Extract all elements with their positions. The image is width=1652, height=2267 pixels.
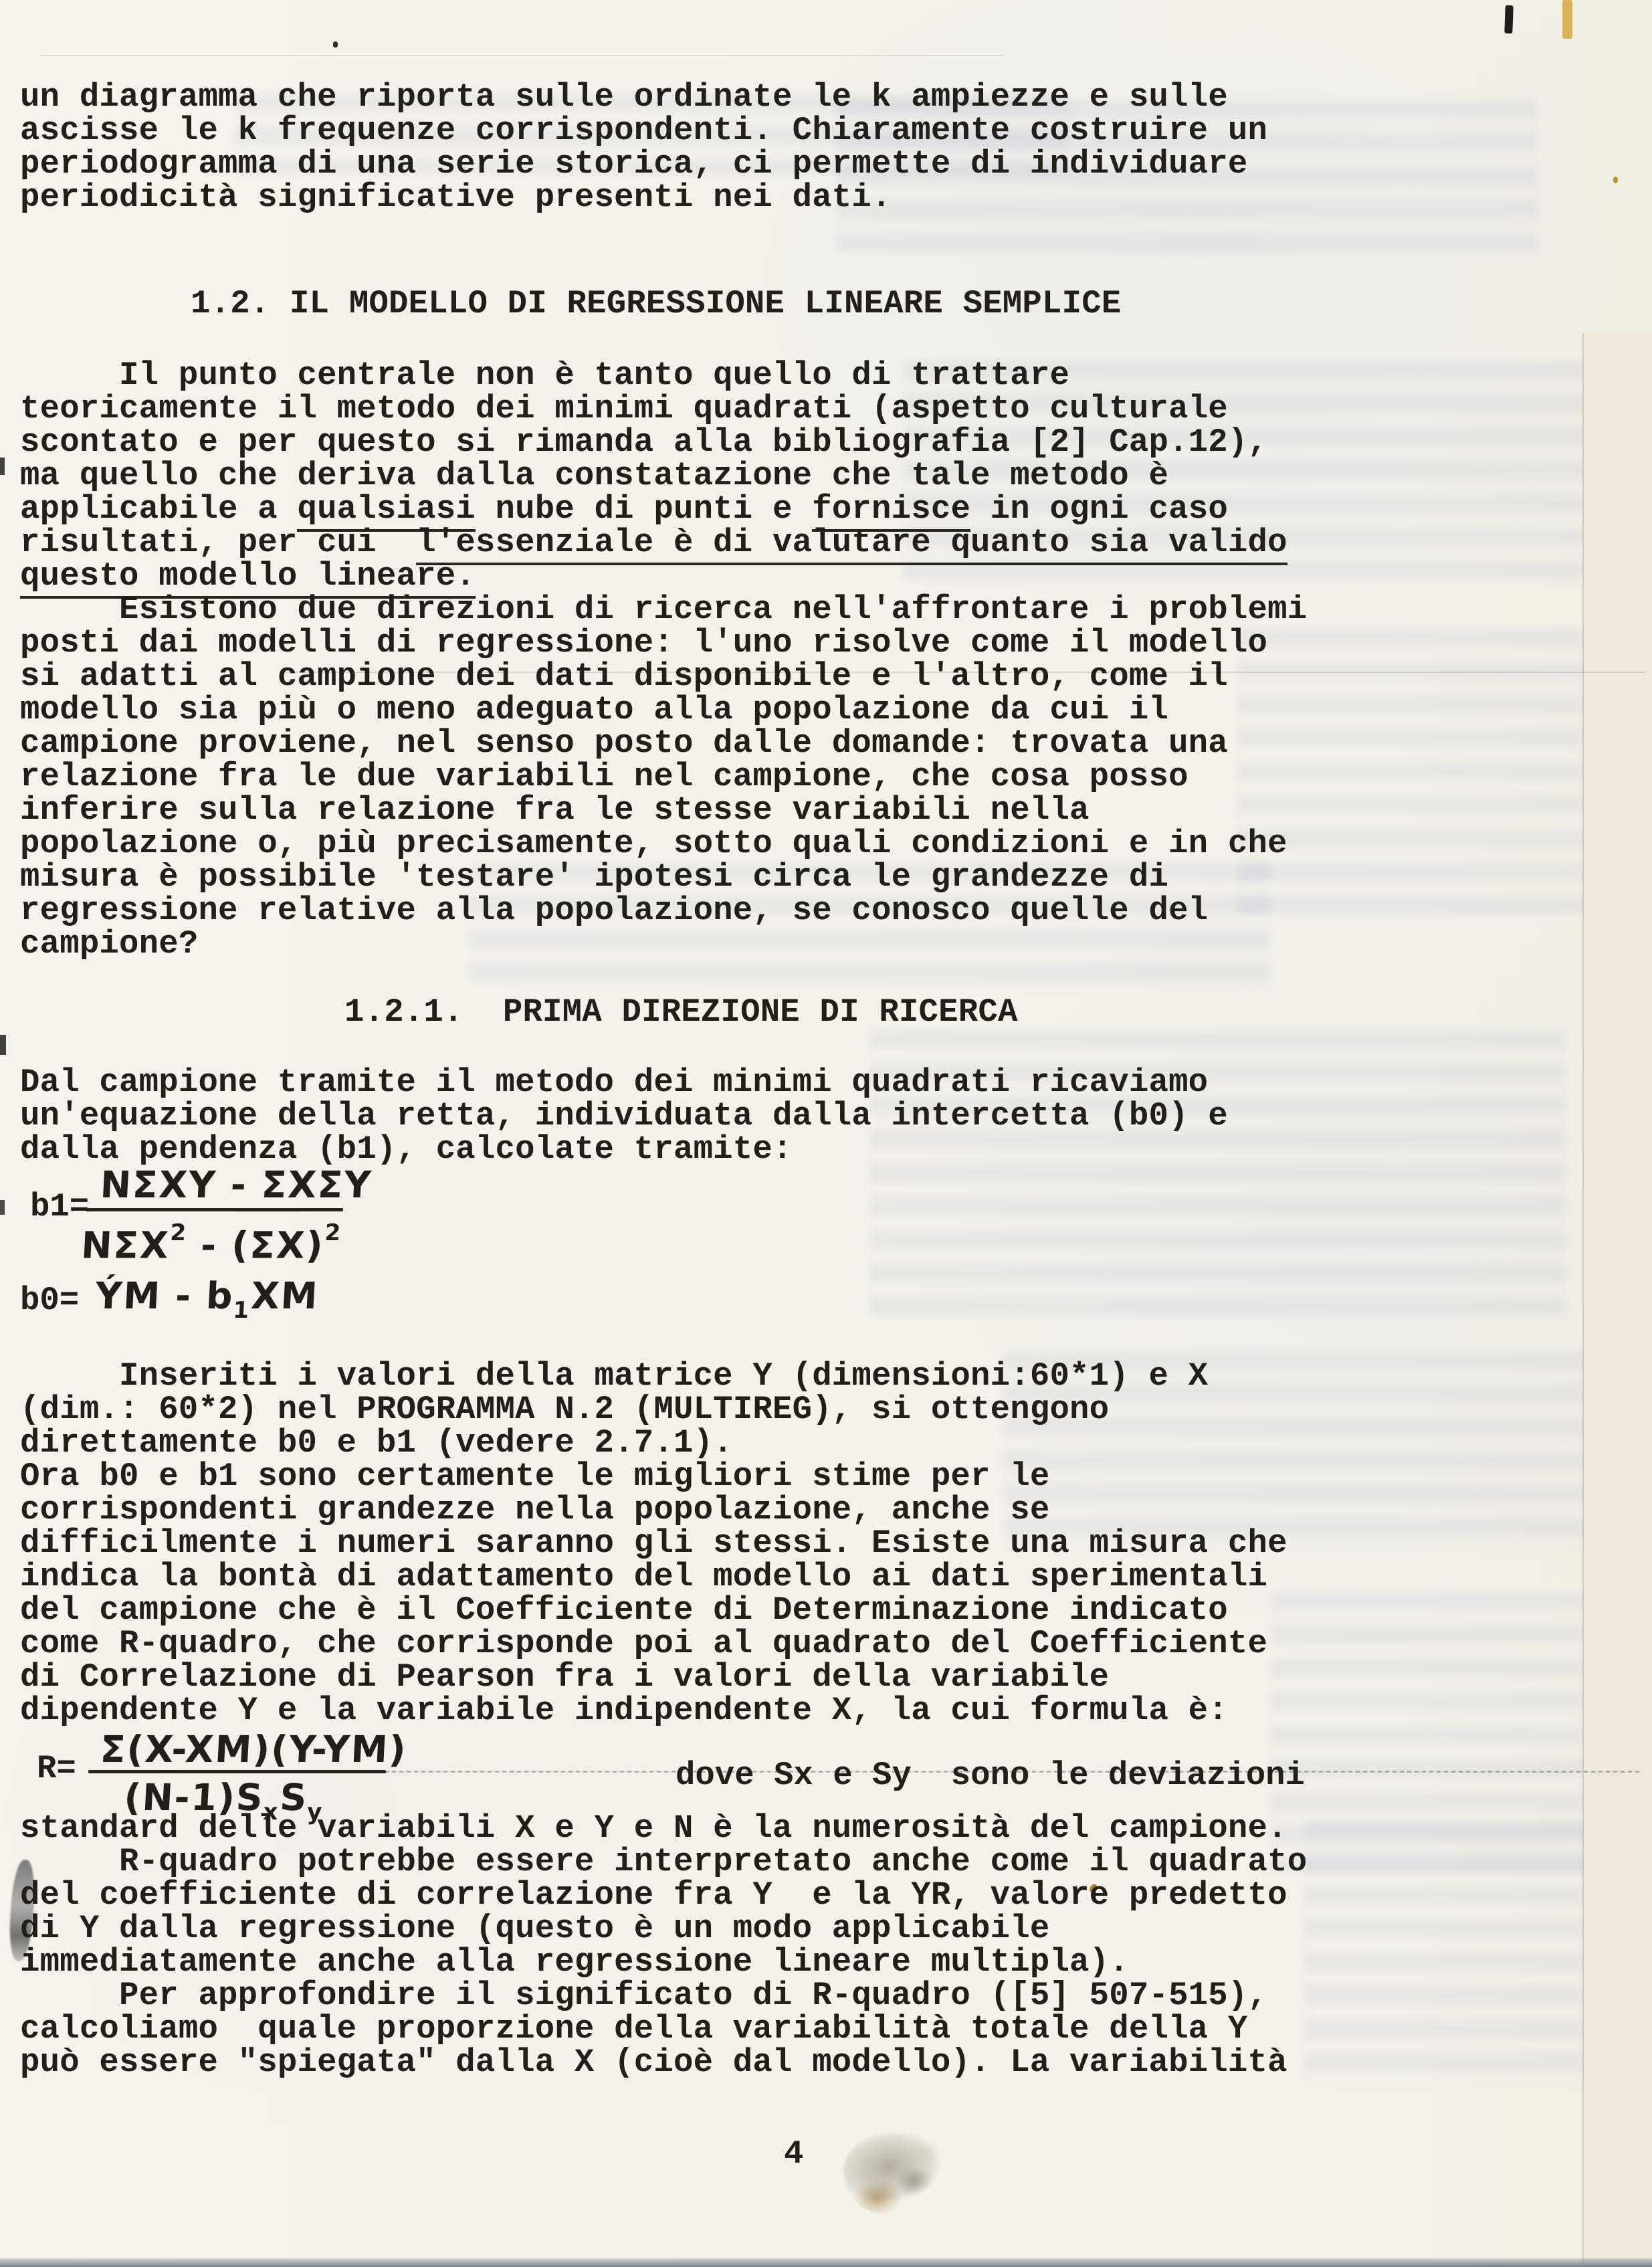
text-line: indica la bontà di adattamento del model… bbox=[20, 1560, 1287, 1593]
text-segment: misura è possibile 'testare' ipotesi cir… bbox=[20, 858, 1168, 896]
text-segment: inferire sulla relazione fra le stesse v… bbox=[20, 791, 1090, 829]
formula-b0-lhs: b0= bbox=[20, 1283, 79, 1318]
text-segment: immediatamente anche alla regressione li… bbox=[20, 1943, 1129, 1981]
text-segment: indica la bontà di adattamento del model… bbox=[20, 1558, 1267, 1595]
text-segment: del campione che è il Coefficiente di De… bbox=[20, 1591, 1228, 1629]
bleed-through-artifact bbox=[1304, 1819, 1612, 2087]
text-line: (dim.: 60*2) nel PROGRAMMA N.2 (MULTIREG… bbox=[20, 1393, 1287, 1426]
text-segment: calcoliamo quale proporzione della varia… bbox=[20, 2010, 1248, 2048]
text-line: Dal campione tramite il metodo dei minim… bbox=[20, 1066, 1228, 1099]
paragraph-inseriti-valori: Inseriti i valori della matrice Y (dimen… bbox=[20, 1359, 1287, 1727]
text-segment: 2 bbox=[324, 1219, 343, 1246]
text-segment: 2 bbox=[169, 1219, 188, 1246]
text-line: difficilmente i numeri saranno gli stess… bbox=[20, 1526, 1287, 1560]
text-line: ma quello che deriva dalla constatazione… bbox=[20, 459, 1287, 492]
text-segment: popolazione o, più precisamente, sotto q… bbox=[20, 825, 1287, 862]
text-segment: - (ΣX) bbox=[186, 1224, 326, 1267]
paragraph-standard-deviazioni: standard delle variabili X e Y e N è la … bbox=[20, 1811, 1307, 2079]
formula-r-side-text: dove Sx e Sy sono le deviazioni bbox=[676, 1758, 1305, 1793]
text-segment: R-quadro potrebbe essere interpretato an… bbox=[20, 1843, 1307, 1880]
text-line: di Correlazione di Pearson fra i valori … bbox=[20, 1660, 1287, 1694]
text-line: regressione relative alla popolazione, s… bbox=[20, 894, 1307, 927]
scan-bottom-edge bbox=[0, 2258, 1652, 2267]
yellow-strip-artifact bbox=[1562, 0, 1572, 39]
text-line: Inseriti i valori della matrice Y (dimen… bbox=[20, 1359, 1287, 1393]
paragraph-punto-centrale: Il punto centrale non è tanto quello di … bbox=[20, 359, 1287, 593]
text-segment: ÝM - b bbox=[94, 1274, 235, 1317]
speck-artifact bbox=[333, 41, 338, 47]
text-segment: teoricamente il metodo dei minimi quadra… bbox=[20, 390, 1228, 427]
subsection-heading: 1.2.1. PRIMA DIREZIONE DI RICERCA bbox=[344, 995, 1018, 1029]
ink-dash-artifact bbox=[1504, 5, 1513, 33]
text-segment: l'essenziale è di valutare quanto sia va… bbox=[416, 524, 1287, 565]
text-segment: Dal campione tramite il metodo dei minim… bbox=[20, 1064, 1208, 1101]
text-segment: NΣX bbox=[80, 1224, 171, 1267]
text-segment: Σ(X-XM)(Y-YM) bbox=[99, 1728, 408, 1771]
text-line: teoricamente il metodo dei minimi quadra… bbox=[20, 392, 1287, 425]
edge-sliver-artifact bbox=[0, 458, 5, 475]
text-segment: scontato e per questo si rimanda alla bi… bbox=[20, 423, 1267, 461]
text-line: del coefficiente di correlazione fra Y e… bbox=[20, 1878, 1307, 1912]
text-line: Ora b0 e b1 sono certamente le migliori … bbox=[20, 1460, 1287, 1493]
text-segment: di Correlazione di Pearson fra i valori … bbox=[20, 1658, 1109, 1696]
text-line: scontato e per questo si rimanda alla bi… bbox=[20, 425, 1287, 459]
scan-line-artifact bbox=[40, 55, 1003, 56]
text-line: calcoliamo quale proporzione della varia… bbox=[20, 2012, 1307, 2046]
text-line: come R-quadro, che corrisponde poi al qu… bbox=[20, 1627, 1287, 1660]
text-segment: direttamente b0 e b1 (vedere 2.7.1). bbox=[20, 1424, 733, 1462]
text-line: campione? bbox=[20, 927, 1307, 961]
text-segment: (dim.: 60*2) nel PROGRAMMA N.2 (MULTIREG… bbox=[20, 1391, 1109, 1428]
text-segment: dipendente Y e la variabile indipendente… bbox=[20, 1692, 1228, 1729]
text-line: ascisse le k frequenze corrispondenti. C… bbox=[20, 114, 1267, 147]
text-line: di Y dalla regressione (questo è un modo… bbox=[20, 1912, 1307, 1945]
text-segment: campione? bbox=[20, 925, 198, 963]
text-line: un diagramma che riporta sulle ordinate … bbox=[20, 80, 1267, 114]
text-segment: XM bbox=[250, 1274, 320, 1317]
page-edge bbox=[1582, 333, 1652, 2267]
text-segment: Il punto centrale non è tanto quello di … bbox=[20, 357, 1069, 394]
text-line: Per approfondire il significato di R-qua… bbox=[20, 1979, 1307, 2012]
text-segment: un'equazione della retta, individuata da… bbox=[20, 1097, 1228, 1135]
bleed-through-artifact bbox=[1271, 1592, 1605, 1873]
text-line: dipendente Y e la variabile indipendente… bbox=[20, 1694, 1287, 1727]
text-segment: un diagramma che riporta sulle ordinate … bbox=[20, 78, 1228, 116]
page-number: 4 bbox=[784, 2135, 803, 2173]
text-segment: si adatti al campione dei dati disponibi… bbox=[20, 658, 1228, 695]
text-line: si adatti al campione dei dati disponibi… bbox=[20, 660, 1307, 693]
text-segment: può essere "spiegata" dalla X (cioè dal … bbox=[20, 2044, 1287, 2081]
text-line: corrispondenti grandezze nella popolazio… bbox=[20, 1493, 1287, 1526]
text-line: dalla pendenza (b1), calcolate tramite: bbox=[20, 1132, 1228, 1166]
text-segment: del coefficiente di correlazione fra Y e… bbox=[20, 1876, 1287, 1914]
edge-sliver-artifact bbox=[0, 1200, 5, 1215]
text-line: relazione fra le due variabili nel campi… bbox=[20, 760, 1307, 793]
text-segment: regressione relative alla popolazione, s… bbox=[20, 892, 1208, 929]
text-segment: standard delle variabili X e Y e N è la … bbox=[20, 1809, 1287, 1847]
text-line: R-quadro potrebbe essere interpretato an… bbox=[20, 1845, 1307, 1878]
text-line: direttamente b0 e b1 (vedere 2.7.1). bbox=[20, 1426, 1287, 1460]
text-line: inferire sulla relazione fra le stesse v… bbox=[20, 793, 1307, 827]
text-segment: come R-quadro, che corrisponde poi al qu… bbox=[20, 1625, 1267, 1662]
text-line: Esistono due direzioni di ricerca nell'a… bbox=[20, 593, 1307, 626]
text-segment: in ogni caso bbox=[970, 490, 1228, 528]
text-line: periodogramma di una serie storica, ci p… bbox=[20, 147, 1267, 181]
text-line: misura è possibile 'testare' ipotesi cir… bbox=[20, 860, 1307, 894]
text-line: un'equazione della retta, individuata da… bbox=[20, 1099, 1228, 1132]
section-heading: 1.2. IL MODELLO DI REGRESSIONE LINEARE S… bbox=[191, 286, 1121, 321]
text-segment: applicabile a bbox=[20, 490, 297, 528]
paragraph-due-direzioni: Esistono due direzioni di ricerca nell'a… bbox=[20, 593, 1307, 961]
paragraph-dal-campione: Dal campione tramite il metodo dei minim… bbox=[20, 1066, 1228, 1166]
formula-b1-lhs: b1= bbox=[30, 1189, 89, 1224]
text-line: risultati, per cui l'essenziale è di val… bbox=[20, 526, 1287, 559]
text-segment: posti dai modelli di regressione: l'uno … bbox=[20, 624, 1267, 662]
text-segment: difficilmente i numeri saranno gli stess… bbox=[20, 1524, 1287, 1562]
text-line: immediatamente anche alla regressione li… bbox=[20, 1945, 1307, 1979]
text-line: popolazione o, più precisamente, sotto q… bbox=[20, 827, 1307, 860]
text-segment: NΣXY - ΣXΣY bbox=[99, 1163, 373, 1206]
text-segment: risultati, per cui bbox=[20, 524, 416, 561]
edge-sliver-artifact bbox=[0, 1035, 6, 1055]
formula-b1-numerator: NΣXY - ΣXΣY bbox=[99, 1165, 373, 1204]
text-segment: periodicità significative presenti nei d… bbox=[20, 179, 892, 216]
scanned-document-page: un diagramma che riporta sulle ordinate … bbox=[0, 0, 1652, 2267]
formula-r-lhs: R= bbox=[37, 1751, 76, 1786]
text-line: applicabile a qualsiasi nube di punti e … bbox=[20, 492, 1287, 526]
text-segment: periodogramma di una serie storica, ci p… bbox=[20, 145, 1248, 183]
text-segment: Ora b0 e b1 sono certamente le migliori … bbox=[20, 1458, 1049, 1495]
text-line: campione proviene, nel senso posto dalle… bbox=[20, 726, 1307, 760]
paragraph-periodogramma: un diagramma che riporta sulle ordinate … bbox=[20, 80, 1267, 214]
text-segment: ma quello che deriva dalla constatazione… bbox=[20, 457, 1168, 494]
text-segment: nube di punti e bbox=[476, 490, 812, 528]
text-line: standard delle variabili X e Y e N è la … bbox=[20, 1811, 1307, 1845]
formula-b1-denominator: NΣX2 - (ΣX)2 bbox=[80, 1213, 343, 1265]
text-line: modello sia più o meno adeguato alla pop… bbox=[20, 693, 1307, 726]
text-segment: ascisse le k frequenze corrispondenti. C… bbox=[20, 112, 1267, 149]
text-segment: Inseriti i valori della matrice Y (dimen… bbox=[20, 1357, 1208, 1395]
formula-r-numerator: Σ(X-XM)(Y-YM) bbox=[99, 1730, 408, 1769]
speck-artifact bbox=[1613, 177, 1618, 183]
text-segment: relazione fra le due variabili nel campi… bbox=[20, 758, 1189, 795]
text-line: del campione che è il Coefficiente di De… bbox=[20, 1593, 1287, 1627]
text-segment: campione proviene, nel senso posto dalle… bbox=[20, 724, 1228, 762]
text-line: periodicità significative presenti nei d… bbox=[20, 181, 1267, 214]
text-segment: corrispondenti grandezze nella popolazio… bbox=[20, 1491, 1049, 1529]
text-segment: dalla pendenza (b1), calcolate tramite: bbox=[20, 1130, 793, 1168]
formula-r-fraction-bar bbox=[88, 1770, 386, 1773]
text-segment: di Y dalla regressione (questo è un modo… bbox=[20, 1910, 1049, 1947]
text-segment: Per approfondire il significato di R-qua… bbox=[20, 1977, 1267, 2014]
text-segment: 1 bbox=[232, 1297, 251, 1324]
text-segment: modello sia più o meno adeguato alla pop… bbox=[20, 691, 1168, 728]
text-line: posti dai modelli di regressione: l'uno … bbox=[20, 626, 1307, 660]
text-segment: Esistono due direzioni di ricerca nell'a… bbox=[20, 591, 1307, 628]
text-line: può essere "spiegata" dalla X (cioè dal … bbox=[20, 2046, 1307, 2079]
formula-b0-rhs: ÝM - b1XM bbox=[94, 1276, 320, 1330]
stain-artifact bbox=[839, 2121, 968, 2224]
formula-b1-fraction-bar bbox=[86, 1208, 343, 1211]
text-line: Il punto centrale non è tanto quello di … bbox=[20, 359, 1287, 392]
